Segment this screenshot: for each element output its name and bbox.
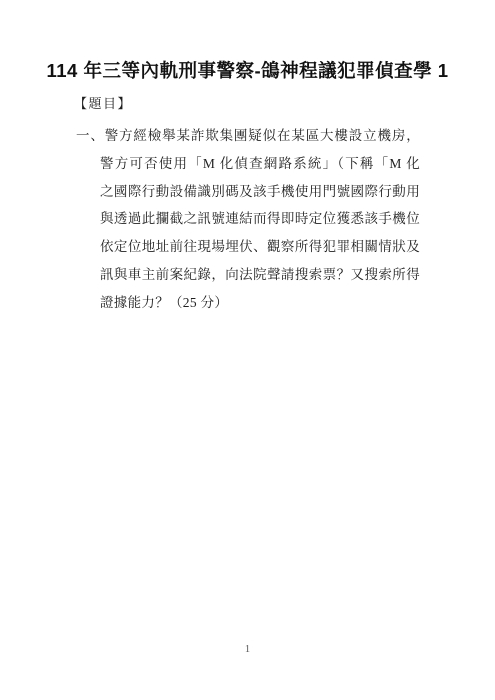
page-number: 1 — [0, 643, 495, 657]
question-line: 一、警方經檢舉某詐欺集團疑似在某區大樓設立機房，為蒐集證據， — [76, 122, 420, 150]
question-line: 依定位地址前往現場埋伏、觀察所得犯罪相關情狀及有關車輛資 — [100, 233, 420, 261]
page-title: 114 年三等內軌刑事警察-鴿神程議犯罪偵查學 1 — [0, 59, 495, 83]
section-header-question: 【題目】 — [74, 95, 132, 113]
question-line: 證據能力？（25 分） — [100, 289, 420, 317]
question-line: 之國際行動設備識別碼及該手機使用門號國際行動用戶識別碼， — [100, 178, 420, 206]
question-block: 一、警方經檢舉某詐欺集團疑似在某區大樓設立機房，為蒐集證據， 警方可否使用「M … — [100, 122, 420, 317]
question-line: 訊與車主前案紀錄，向法院聲請搜索票？又搜索所得證據是否有 — [100, 261, 420, 289]
question-line: 警方可否使用「M 化偵查網路系統」（下稱「M 化車」）蒐證所得 — [100, 150, 420, 178]
question-number-marker: 一、 — [76, 128, 105, 143]
question-line: 與透過此攔截之訊號連結而得即時定位獲悉該手機位置等資料， — [100, 205, 420, 233]
document-page: 114 年三等內軌刑事警察-鴿神程議犯罪偵查學 1 【題目】 一、警方經檢舉某詐… — [0, 0, 495, 700]
question-line-text: 警方經檢舉某詐欺集團疑似在某區大樓設立機房，為蒐集證據， — [76, 128, 420, 150]
